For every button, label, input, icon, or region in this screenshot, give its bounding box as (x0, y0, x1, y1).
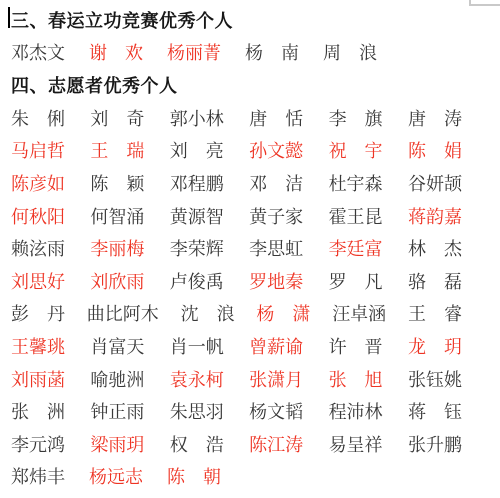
person-name: 朱俐 (11, 105, 65, 131)
person-name: 谢欢 (89, 39, 143, 65)
person-name: 蒋钰 (408, 398, 462, 424)
person-name: 沈浪 (181, 300, 235, 326)
person-name: 张升鹏 (408, 431, 462, 457)
person-name: 袁永柯 (170, 366, 224, 392)
person-name: 杨丽菁 (167, 39, 221, 65)
section-heading: 四、志愿者优秀个人 (11, 69, 500, 102)
person-name: 陈彦如 (11, 170, 65, 196)
person-name: 汪卓涵 (332, 300, 386, 326)
name-row: 郑炜丰杨远志陈朝 (11, 460, 462, 493)
person-name: 刘思好 (11, 268, 65, 294)
document-content: 三、春运立功竞赛优秀个人邓杰文谢欢杨丽菁杨南周浪四、志愿者优秀个人朱俐刘奇郭小林… (0, 0, 500, 493)
section-heading: 三、春运立功竞赛优秀个人 (11, 3, 500, 36)
person-name: 罗地秦 (249, 268, 303, 294)
name-row: 彭丹曲比阿木沈浪杨潇汪卓涵王睿 (11, 297, 462, 330)
person-name: 杨远志 (89, 463, 143, 489)
person-name: 邓洁 (249, 170, 303, 196)
person-name: 杨潇 (256, 300, 310, 326)
person-name: 张钰姚 (408, 366, 462, 392)
name-row: 王馨珧肖富天肖一帆曾薪谕许晋龙玥 (11, 330, 462, 363)
person-name: 祝宇 (329, 137, 383, 163)
person-name: 朱思羽 (170, 398, 224, 424)
person-name: 李思虹 (249, 235, 303, 261)
person-name: 曾薪谕 (249, 333, 303, 359)
person-name: 刘欣雨 (90, 268, 144, 294)
person-name: 龙玥 (408, 333, 462, 359)
person-name: 王馨珧 (11, 333, 65, 359)
person-name: 何智涌 (90, 203, 144, 229)
person-name: 李廷富 (329, 235, 383, 261)
person-name: 刘奇 (90, 105, 144, 131)
person-name: 李元鸿 (11, 431, 65, 457)
name-row: 赖泫雨李丽梅李荣辉李思虹李廷富林杰 (11, 232, 462, 265)
person-name: 王瑞 (90, 137, 144, 163)
person-name: 骆磊 (408, 268, 462, 294)
person-name: 蒋韵嘉 (408, 203, 462, 229)
person-name: 罗凡 (329, 268, 383, 294)
person-name: 张潇月 (249, 366, 303, 392)
person-name: 陈朝 (167, 463, 221, 489)
person-name: 黄源智 (170, 203, 224, 229)
name-row: 刘思好刘欣雨卢俊禹罗地秦罗凡骆磊 (11, 265, 462, 298)
person-name: 张洲 (11, 398, 65, 424)
person-name: 陈江涛 (249, 431, 303, 457)
person-name: 赖泫雨 (11, 235, 65, 261)
text-cursor (8, 7, 10, 28)
name-row: 朱俐刘奇郭小林唐恬李旗唐涛 (11, 102, 462, 135)
person-name: 郑炜丰 (11, 463, 65, 489)
name-row: 刘雨菡喻驰洲袁永柯张潇月张旭张钰姚 (11, 362, 462, 395)
person-name: 杜宇森 (329, 170, 383, 196)
person-name: 唐涛 (408, 105, 462, 131)
person-name: 张旭 (329, 366, 383, 392)
person-name: 何秋阳 (11, 203, 65, 229)
name-row: 马启哲王瑞刘亮孙文懿祝宇陈娟 (11, 134, 462, 167)
person-name: 肖富天 (90, 333, 144, 359)
person-name: 许晋 (329, 333, 383, 359)
person-name: 杨南 (245, 39, 299, 65)
name-row: 张洲钟正雨朱思羽杨文韬程沛林蒋钰 (11, 395, 462, 428)
person-name: 马启哲 (11, 137, 65, 163)
person-name: 林杰 (408, 235, 462, 261)
person-name: 王睿 (408, 300, 462, 326)
name-row: 陈彦如陈颖邓程鹏邓洁杜宇森谷妍颉 (11, 167, 462, 200)
person-name: 彭丹 (11, 300, 65, 326)
person-name: 刘雨菡 (11, 366, 65, 392)
person-name: 黄子家 (249, 203, 303, 229)
person-name: 曲比阿木 (87, 300, 159, 326)
person-name: 谷妍颉 (408, 170, 462, 196)
person-name: 霍王昆 (329, 203, 383, 229)
person-name: 唐恬 (249, 105, 303, 131)
person-name: 肖一帆 (170, 333, 224, 359)
name-row: 李元鸿梁雨玥权浩陈江涛易呈祥张升鹏 (11, 428, 462, 461)
person-name: 孙文懿 (249, 137, 303, 163)
person-name: 易呈祥 (329, 431, 383, 457)
person-name: 卢俊禹 (170, 268, 224, 294)
person-name: 郭小林 (170, 105, 224, 131)
person-name: 钟正雨 (90, 398, 144, 424)
person-name: 陈颖 (90, 170, 144, 196)
person-name: 喻驰洲 (90, 366, 144, 392)
person-name: 邓程鹏 (170, 170, 224, 196)
person-name: 李旗 (329, 105, 383, 131)
name-row: 邓杰文谢欢杨丽菁杨南周浪 (11, 36, 462, 69)
person-name: 周浪 (323, 39, 377, 65)
person-name: 程沛林 (329, 398, 383, 424)
person-name: 陈娟 (408, 137, 462, 163)
person-name: 梁雨玥 (90, 431, 144, 457)
person-name: 李荣辉 (170, 235, 224, 261)
person-name: 李丽梅 (90, 235, 144, 261)
scroll-corner-fragment-horizontal (470, 4, 500, 6)
person-name: 权浩 (170, 431, 224, 457)
person-name: 杨文韬 (249, 398, 303, 424)
person-name: 刘亮 (170, 137, 224, 163)
name-row: 何秋阳何智涌黄源智黄子家霍王昆蒋韵嘉 (11, 199, 462, 232)
person-name: 邓杰文 (11, 39, 65, 65)
